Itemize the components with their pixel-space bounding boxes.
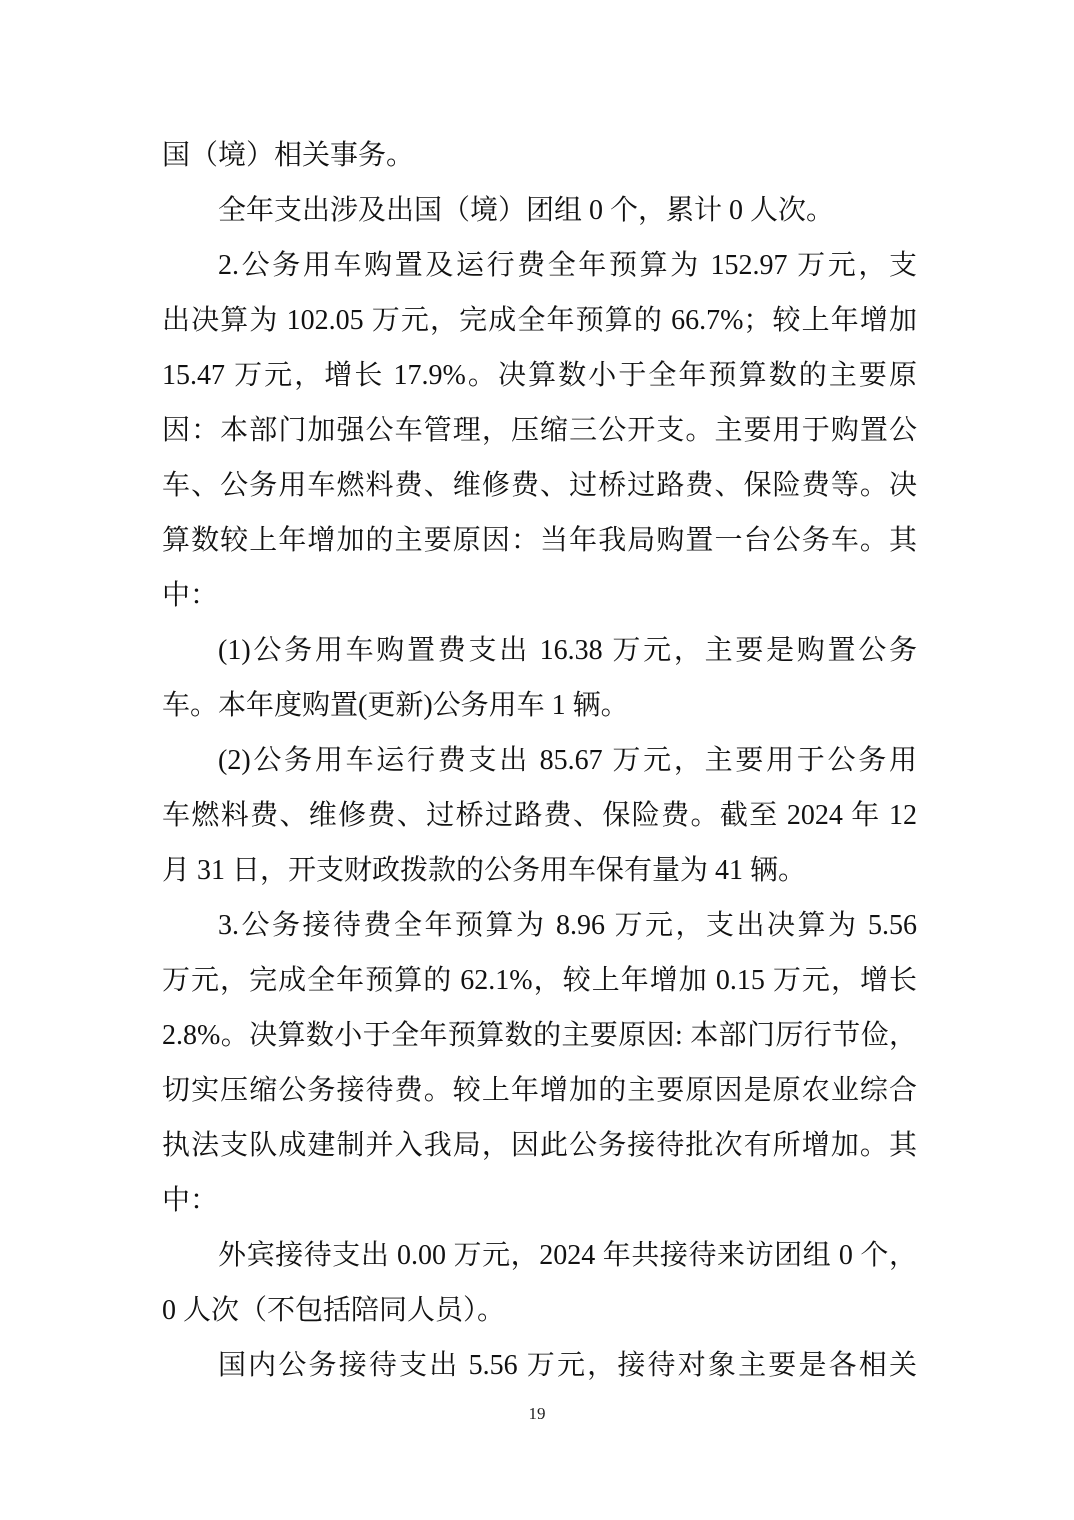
page-number: 19 [0, 1402, 1074, 1426]
text-line: 0 人次（不包括陪同人员）。 [162, 1283, 917, 1338]
text-line: 3.公务接待费全年预算为 8.96 万元，支出决算为 5.56 [162, 898, 917, 953]
text-line: 切实压缩公务接待费。较上年增加的主要原因是原农业综合 [162, 1063, 917, 1118]
text-line: 2.公务用车购置及运行费全年预算为 152.97 万元，支 [162, 238, 917, 293]
text-line: 万元，完成全年预算的 62.1%，较上年增加 0.15 万元，增长 [162, 953, 917, 1008]
text-line: 全年支出涉及出国（境）团组 0 个，累计 0 人次。 [162, 183, 917, 238]
document-page: 国（境）相关事务。 全年支出涉及出国（境）团组 0 个，累计 0 人次。 2.公… [0, 0, 1074, 1520]
text-line: 车、公务用车燃料费、维修费、过桥过路费、保险费等。决 [162, 458, 917, 513]
text-line: 车燃料费、维修费、过桥过路费、保险费。截至 2024 年 12 [162, 788, 917, 843]
text-line: 月 31 日，开支财政拨款的公务用车保有量为 41 辆。 [162, 843, 917, 898]
text-line: 车。本年度购置(更新)公务用车 1 辆。 [162, 678, 917, 733]
text-line: (1)公务用车购置费支出 16.38 万元，主要是购置公务 [162, 623, 917, 678]
text-line: 因：本部门加强公车管理，压缩三公开支。主要用于购置公 [162, 403, 917, 458]
text-line: 出决算为 102.05 万元，完成全年预算的 66.7%；较上年增加 [162, 293, 917, 348]
text-line: (2)公务用车运行费支出 85.67 万元，主要用于公务用 [162, 733, 917, 788]
text-line: 2.8%。决算数小于全年预算数的主要原因: 本部门厉行节俭， [162, 1008, 917, 1063]
text-line: 外宾接待支出 0.00 万元，2024 年共接待来访团组 0 个， [162, 1228, 917, 1283]
text-line: 算数较上年增加的主要原因：当年我局购置一台公务车。其 [162, 513, 917, 568]
text-line: 中： [162, 568, 917, 623]
text-line: 15.47 万元，增长 17.9%。决算数小于全年预算数的主要原 [162, 348, 917, 403]
text-line: 中： [162, 1173, 917, 1228]
text-line: 国内公务接待支出 5.56 万元，接待对象主要是各相关 [162, 1338, 917, 1393]
document-body: 国（境）相关事务。 全年支出涉及出国（境）团组 0 个，累计 0 人次。 2.公… [162, 128, 917, 1393]
text-line: 国（境）相关事务。 [162, 128, 917, 183]
text-line: 执法支队成建制并入我局，因此公务接待批次有所增加。其 [162, 1118, 917, 1173]
